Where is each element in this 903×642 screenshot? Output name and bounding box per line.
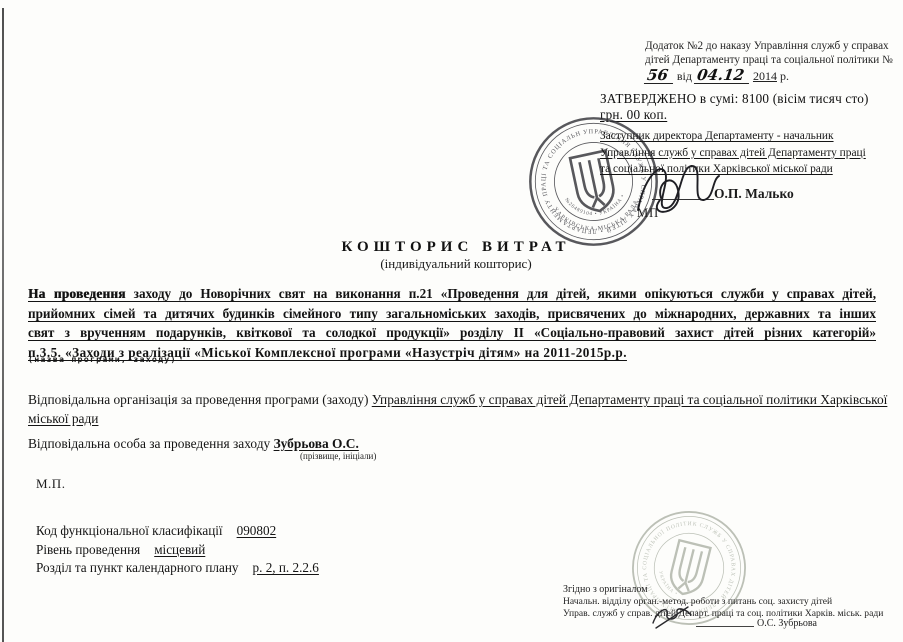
annex-order-number-row: 56 від 04.12 2014 р. <box>645 69 897 84</box>
code-section-value: р. 2, п. 2.2.6 <box>253 560 319 575</box>
responsible-person-block: Відповідальна особа за проведення заходу… <box>28 436 359 452</box>
certification-line: Начальн. відділу орган.-метод. роботи з … <box>563 596 883 608</box>
responsible-org-label: Відповідальна організація за проведення … <box>28 392 372 407</box>
certification-line: Управ. служб у справ. дітей Департ. прац… <box>563 608 883 620</box>
signature-scribble-zubrova <box>648 604 696 630</box>
handwritten-order-number: 56 <box>644 69 675 84</box>
certification-block: Згідно з оригіналом Начальн. відділу орг… <box>563 584 883 620</box>
purpose-line: прийомних сімей та дитячих будинків сіме… <box>28 304 876 324</box>
mp-stamp-label: МП <box>637 206 659 221</box>
purpose-line-rest: заходу до Новорічних свят на виконання п… <box>126 286 876 301</box>
responsible-org-value2: міської ради <box>28 411 98 426</box>
annex-note: Додаток №2 до наказу Управління служб у … <box>645 40 897 84</box>
head-name: О.П. Малько <box>714 186 794 202</box>
code-func-row: Код функціональної класифікації090802 <box>36 522 319 541</box>
purpose-line: На проведення заходу до Новорічних свят … <box>28 284 876 304</box>
certification-name: О.С. Зубрьова <box>757 618 817 629</box>
purpose-lead: На проведення <box>28 286 126 301</box>
purpose-line: п.3.5. «Заходи з реалізації «Міської Ком… <box>28 343 876 363</box>
annex-line: дітей Департаменту праці та соціальної п… <box>645 54 897 68</box>
responsible-org-line1: Відповідальна організація за проведення … <box>28 390 876 409</box>
code-level-value: місцевий <box>154 542 205 557</box>
year-value: 2014 <box>753 69 777 83</box>
stamp-number-text: №26489104 • УКРАЇНА • <box>563 185 629 223</box>
svg-text:№26489104 • УКРАЇНА •: №26489104 • УКРАЇНА • <box>563 185 629 223</box>
codes-block: Код функціональної класифікації090802 Рі… <box>36 522 319 578</box>
certification-line: Згідно з оригіналом <box>563 584 883 596</box>
responsible-org-block: Відповідальна організація за проведення … <box>28 390 876 428</box>
scan-edge-artifact <box>2 8 4 642</box>
approved-note: ЗАТВЕРДЖЕНО в сумі: 8100 (вісім тисяч ст… <box>600 91 894 123</box>
responsible-org-value: Управління служб у справах дітей Департа… <box>372 392 888 407</box>
code-level-label: Рівень проведення <box>36 542 140 557</box>
handwritten-date: 04.12 <box>694 69 751 84</box>
code-level-row: Рівень проведеннямісцевий <box>36 541 319 560</box>
purpose-line: свят з врученням подарунків, квіткової т… <box>28 323 876 343</box>
code-func-value: 090802 <box>237 523 277 538</box>
responsible-person-value: Зубрьова О.С. <box>274 436 359 451</box>
scanned-document-page: Додаток №2 до наказу Управління служб у … <box>0 0 903 642</box>
code-section-row: Розділ та пункт календарного планур. 2, … <box>36 559 319 578</box>
head-title-line: Заступник директора Департаменту - начал… <box>600 128 900 145</box>
mp-label: М.П. <box>36 476 65 492</box>
responsible-org-line2: міської ради <box>28 409 876 428</box>
signature-line <box>696 626 754 627</box>
year-suffix: р. <box>780 69 789 83</box>
purpose-paragraph: На проведення заходу до Новорічних свят … <box>28 284 876 362</box>
annex-line: Додаток №2 до наказу Управління служб у … <box>645 40 897 54</box>
code-section-label: Розділ та пункт календарного плану <box>36 560 239 575</box>
person-caption: (прізвище, ініціали) <box>300 451 376 461</box>
vid-label: від <box>677 69 692 83</box>
responsible-person-label: Відповідальна особа за проведення заходу <box>28 436 274 451</box>
document-subtitle: (індивідуальний кошторис) <box>380 256 531 272</box>
document-title: КОШТОРИС ВИТРАТ <box>342 239 571 256</box>
approved-sum-currency: грн. 00 коп. <box>600 107 667 122</box>
approved-text: ЗАТВЕРДЖЕНО в сумі: 8100 (вісім тисяч ст… <box>600 91 869 106</box>
code-func-label: Код функціональної класифікації <box>36 523 223 538</box>
